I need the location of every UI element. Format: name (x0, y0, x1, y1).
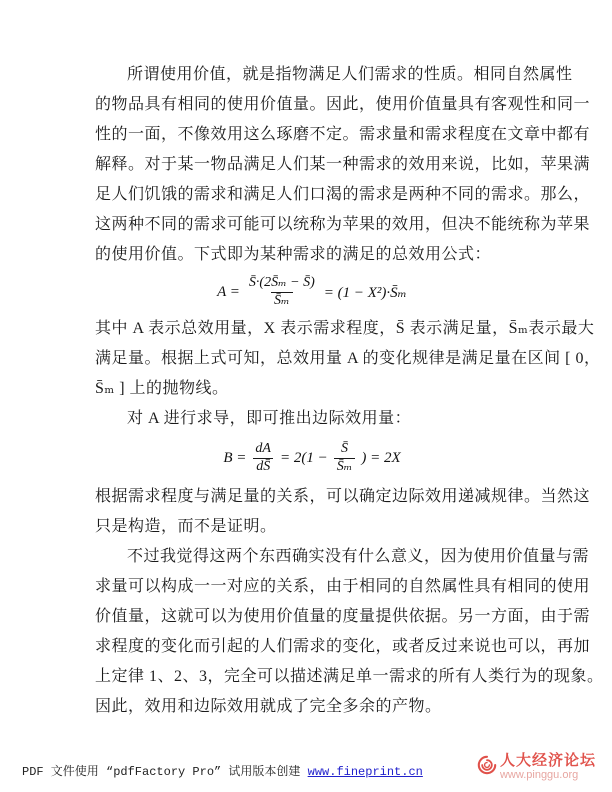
formula-lhs: B = (223, 450, 246, 467)
formula-total-utility: A = S̄·(2S̄ₘ − S̄) S̄ₘ = (1 − X²)·S̄ₘ (95, 270, 529, 314)
text-line: 求量可以构成一一对应的关系，由于相同的自然属性具有相同的使用 (95, 572, 529, 602)
text-line: 足人们饥饿的需求和满足人们口渴的需求是两种不同的需求。那么， (95, 180, 529, 210)
forum-watermark-text: 人大经济论坛 www.pinggu.org (500, 752, 596, 782)
forum-watermark: 人大经济论坛 www.pinggu.org (477, 752, 596, 782)
formula-lhs: A = (217, 284, 240, 301)
text-line: 解释。对于某一物品满足人们某一种需求的效用来说，比如，苹果满 (95, 150, 529, 180)
paragraph: 对 A 进行求导，即可推出边际效用量： (95, 404, 529, 434)
text-line: 价值量，这就可以为使用价值量的度量提供依据。另一方面，由于需 (95, 602, 529, 632)
text-line: 只是构造，而不是证明。 (95, 512, 529, 542)
text-line: 的使用价值。下式即为某种需求的满足的总效用公式： (95, 240, 529, 270)
formula-mid: = 2(1 − (280, 450, 328, 467)
text-line: 求程度的变化而引起的人们需求的变化，或者反过来说也可以，再加 (95, 632, 529, 662)
pdf-creation-notice: PDF 文件使用 “pdfFactory Pro” 试用版本创建 www.fin… (22, 762, 423, 782)
text-line: 性的一面，不像效用这么琢磨不定。需求量和需求程度在文章中都有 (95, 120, 529, 150)
forum-url: www.pinggu.org (500, 769, 596, 782)
formula-marginal-utility: B = dA dS̄ = 2(1 − S̄ S̄ₘ ) = 2X (95, 434, 529, 482)
text-line: 其中 A 表示总效用量，X 表示需求程度，S̄ 表示满足量，S̄ₘ表示最大 (95, 314, 529, 344)
fraction-denominator: S̄ₘ (334, 458, 356, 475)
fraction-numerator: S̄·(2S̄ₘ − S̄) (246, 275, 318, 291)
fineprint-link[interactable]: www.fineprint.cn (308, 765, 423, 779)
formula-tail: ) = 2X (361, 450, 400, 467)
document-content: 所谓使用价值，就是指物满足人们需求的性质。相同自然属性 的物品具有相同的使用价值… (95, 60, 529, 722)
fraction-numerator: S̄ (338, 441, 351, 457)
text-line: S̄ₘ ] 上的抛物线。 (95, 374, 529, 404)
notice-text: PDF 文件使用 “pdfFactory Pro” 试用版本创建 (22, 765, 300, 779)
text-line: 不过我觉得这两个东西确实没有什么意义，因为使用价值量与需 (95, 542, 529, 572)
fraction: S̄ S̄ₘ (334, 441, 356, 474)
paragraph: 不过我觉得这两个东西确实没有什么意义，因为使用价值量与需 求量可以构成一一对应的… (95, 542, 529, 722)
swirl-logo-icon (477, 755, 497, 780)
text-line: 这两种不同的需求可能可以统称为苹果的效用，但决不能统称为苹果 (95, 210, 529, 240)
fraction: dA dS̄ (252, 441, 274, 474)
fraction-denominator: S̄ₘ (271, 292, 293, 309)
formula-rhs: = (1 − X²)·S̄ₘ (324, 283, 407, 302)
forum-name: 人大经济论坛 (500, 752, 596, 769)
text-line: 根据需求程度与满足量的关系，可以确定边际效用递减规律。当然这 (95, 482, 529, 512)
text-line: 满足量。根据上式可知，总效用量 A 的变化规律是满足量在区间 [ 0， (95, 344, 529, 374)
text-line: 因此，效用和边际效用就成了完全多余的产物。 (95, 692, 529, 722)
pdf-page: 所谓使用价值，就是指物满足人们需求的性质。相同自然属性 的物品具有相同的使用价值… (0, 0, 612, 792)
fraction-denominator: dS̄ (253, 458, 273, 475)
paragraph: 所谓使用价值，就是指物满足人们需求的性质。相同自然属性 的物品具有相同的使用价值… (95, 60, 529, 270)
text-line: 所谓使用价值，就是指物满足人们需求的性质。相同自然属性 (95, 60, 529, 90)
text-line: 对 A 进行求导，即可推出边际效用量： (95, 404, 529, 434)
text-line: 上定律 1、2、3，完全可以描述满足单一需求的所有人类行为的现象。 (95, 662, 529, 692)
text-line: 的物品具有相同的使用价值量。因此，使用价值量具有客观性和同一 (95, 90, 529, 120)
fraction: S̄·(2S̄ₘ − S̄) S̄ₘ (246, 275, 318, 308)
fraction-numerator: dA (252, 441, 274, 457)
paragraph: 根据需求程度与满足量的关系，可以确定边际效用递减规律。当然这 只是构造，而不是证… (95, 482, 529, 542)
paragraph: 其中 A 表示总效用量，X 表示需求程度，S̄ 表示满足量，S̄ₘ表示最大 满足… (95, 314, 529, 404)
